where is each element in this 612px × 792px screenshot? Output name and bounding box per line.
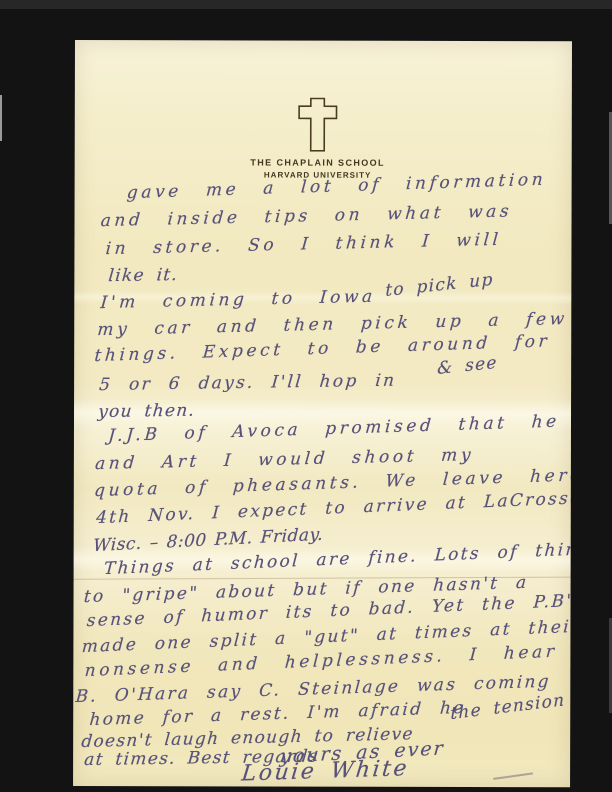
handwritten-line: and inside tips on what was [100, 201, 513, 231]
letterhead: THE CHAPLAIN SCHOOL HARVARD UNIVERSITY [218, 97, 418, 180]
handwritten-line: the tension [450, 690, 565, 724]
handwritten-line: like it. [108, 265, 180, 286]
handwritten-line: in store. So I think I will [105, 230, 503, 259]
scan-edge-artifact [0, 95, 2, 141]
cross-icon [298, 98, 338, 152]
handwritten-line: 5 or 6 days. I'll hop in [98, 371, 397, 395]
handwritten-line: & see [437, 353, 498, 379]
signature-name: Louie White [240, 756, 410, 786]
scanned-letter-page: THE CHAPLAIN SCHOOL HARVARD UNIVERSITY g… [0, 0, 612, 792]
handwritten-line: I'm coming to Iowa [100, 287, 377, 314]
letterhead-school-line: THE CHAPLAIN SCHOOL [218, 157, 418, 168]
pen-stroke [493, 772, 533, 779]
scanner-edge-strip [0, 0, 612, 9]
letter-paper: THE CHAPLAIN SCHOOL HARVARD UNIVERSITY g… [73, 40, 572, 787]
handwritten-line: to pick up [385, 270, 493, 301]
handwritten-line: you then. [97, 401, 196, 422]
